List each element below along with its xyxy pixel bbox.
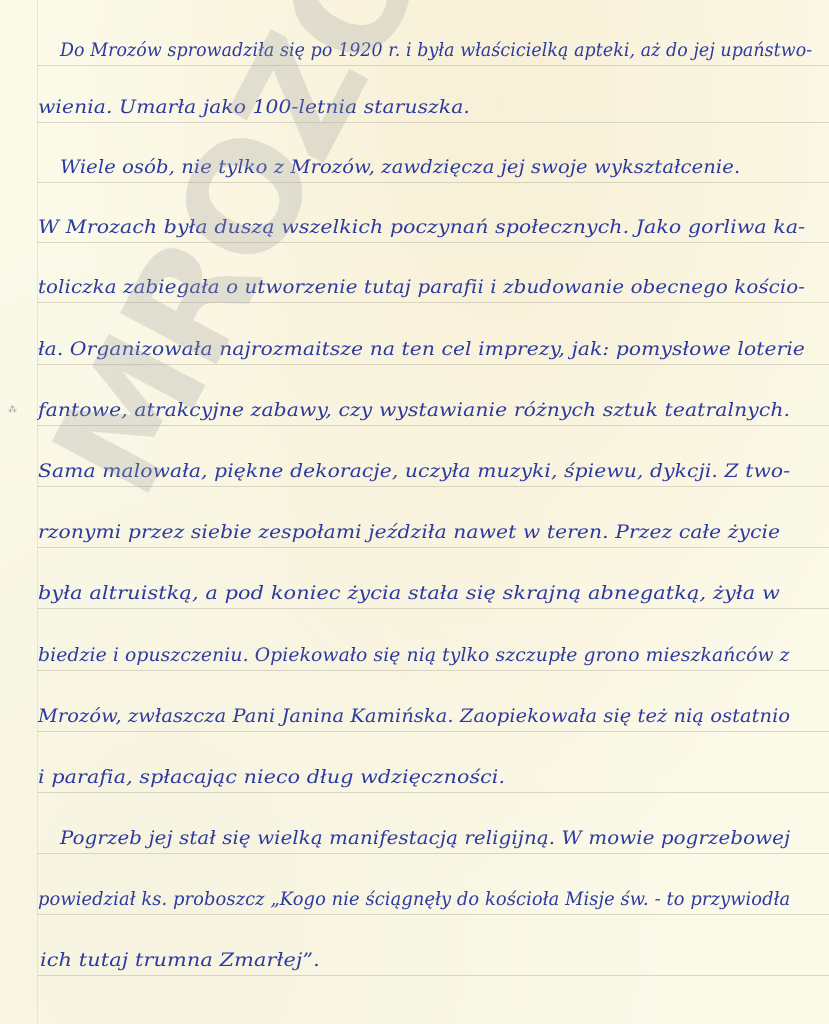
- text-line: Pogrzeb jej stał się wielką manifestacją…: [60, 827, 790, 849]
- ruled-line: [37, 853, 829, 854]
- margin-line: [37, 0, 38, 1024]
- ruled-line: [37, 364, 829, 365]
- ruled-line: [37, 670, 829, 671]
- ruled-line: [37, 547, 829, 548]
- ruled-line: [37, 975, 829, 976]
- ruled-line: [37, 792, 829, 793]
- text-line: Mrozów, zwłaszcza Pani Janina Kamińska. …: [38, 705, 790, 727]
- watermark: MROZOPEDIA: [20, 0, 689, 522]
- text-line: i parafia, spłacając nieco dług wdzięczn…: [38, 766, 505, 788]
- margin-mark: ⁂: [8, 405, 17, 415]
- ruled-line: [37, 914, 829, 915]
- ruled-line: [37, 486, 829, 487]
- text-line: fantowe, atrakcyjne zabawy, czy wystawia…: [38, 399, 790, 421]
- text-line: wienia. Umarła jako 100-letnia staruszka…: [38, 96, 470, 118]
- text-line: powiedział ks. proboszcz „Kogo nie ściąg…: [38, 888, 790, 910]
- ruled-line: [37, 122, 829, 123]
- handwritten-page: ⁂ Do Mrozów sprowadziła się po 1920 r. i…: [0, 0, 829, 1024]
- ruled-line: [37, 302, 829, 303]
- ruled-line: [37, 65, 829, 66]
- text-line: toliczka zabiegała o utworzenie tutaj pa…: [38, 276, 805, 298]
- text-line: biedzie i opuszczeniu. Opiekowało się ni…: [38, 644, 790, 666]
- text-line: ich tutaj trumna Zmarłej”.: [40, 949, 320, 971]
- ruled-line: [37, 608, 829, 609]
- text-line: Do Mrozów sprowadziła się po 1920 r. i b…: [60, 39, 812, 61]
- ruled-line: [37, 425, 829, 426]
- ruled-line: [37, 182, 829, 183]
- text-line: Sama malowała, piękne dekoracje, uczyła …: [38, 460, 790, 482]
- text-line: W Mrozach była duszą wszelkich poczynań …: [38, 216, 805, 238]
- ruled-line: [37, 731, 829, 732]
- ruled-line: [37, 242, 829, 243]
- text-line: Wiele osób, nie tylko z Mrozów, zawdzięc…: [60, 156, 740, 178]
- text-line: była altruistką, a pod koniec życia stał…: [38, 582, 780, 604]
- text-line: ła. Organizowała najrozmaitsze na ten ce…: [38, 338, 805, 360]
- text-line: rzonymi przez siebie zespołami jeździła …: [38, 521, 780, 543]
